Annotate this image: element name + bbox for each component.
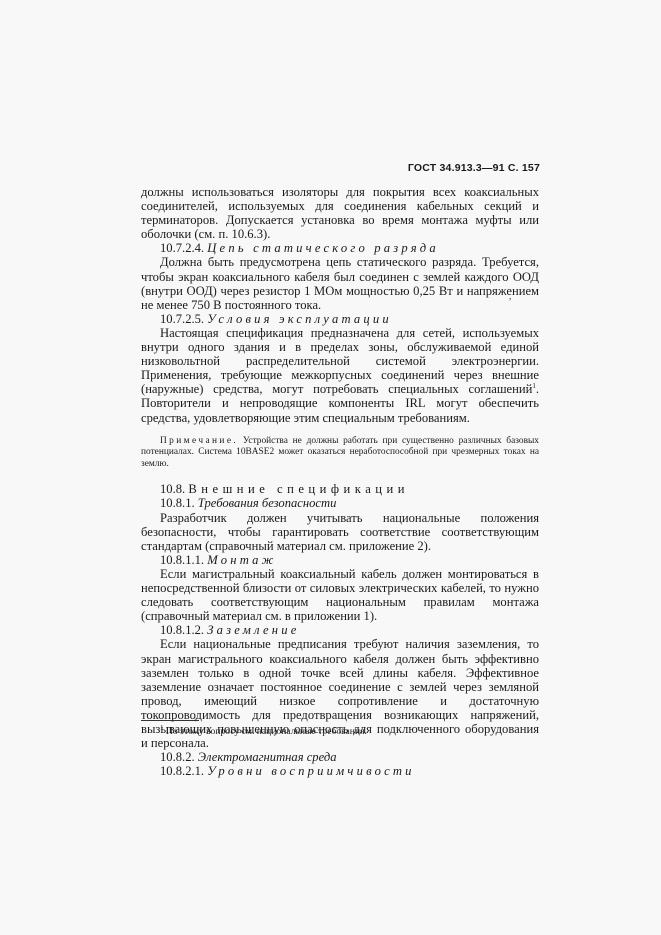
section-title: Электромагнитная среда — [198, 750, 337, 764]
footnote: 1 По этому вопросу см. национальные треб… — [160, 726, 540, 738]
section-title: Условия эксплуатации — [207, 312, 392, 326]
section-number: 10.7.2.5. — [160, 312, 204, 326]
note-label: Примечание. — [160, 436, 238, 446]
section-title: Цепь статического разряда — [207, 241, 439, 255]
paragraph-static-discharge: Должна быть предусмотрена цепь статическ… — [141, 255, 539, 311]
section-number: 10.8.1. — [160, 496, 195, 510]
paragraph-text: Настоящая спецификация предназначена для… — [141, 326, 539, 396]
running-header: ГОСТ 34.913.3—91 С. 157 — [360, 162, 540, 174]
stray-mark: , — [509, 291, 511, 301]
paragraph-operating-conditions: Настоящая спецификация предназначена для… — [141, 326, 539, 425]
paragraph-installation: Если магистральный коаксиальный кабель д… — [141, 567, 539, 623]
section-number: 10.8. — [160, 482, 185, 496]
paragraph-continuation: должны использоваться изоляторы для покр… — [141, 185, 539, 241]
section-number: 10.7.2.4. — [160, 241, 204, 255]
section-heading-10-7-2-5: 10.7.2.5. Условия эксплуатации — [141, 312, 539, 326]
section-title: Внешние спецификации — [188, 482, 409, 496]
document-body: должны использоваться изоляторы для покр… — [141, 185, 539, 778]
footnote-divider — [141, 720, 199, 721]
section-heading-10-8: 10.8. Внешние спецификации — [141, 482, 539, 496]
section-heading-10-8-1-2: 10.8.1.2. Заземление — [141, 623, 539, 637]
section-heading-10-8-2: 10.8.2. Электромагнитная среда — [141, 750, 539, 764]
section-title: Требования безопасности — [198, 496, 337, 510]
section-title: Монтаж — [207, 553, 276, 567]
section-number: 10.8.2. — [160, 750, 195, 764]
section-heading-10-8-1-1: 10.8.1.1. Монтаж — [141, 553, 539, 567]
section-number: 10.8.2.1. — [160, 764, 204, 778]
footnote-text: По этому вопросу см. национальные требов… — [164, 726, 367, 737]
section-heading-10-8-1: 10.8.1. Требования безопасности — [141, 496, 539, 510]
section-number: 10.8.1.1. — [160, 553, 204, 567]
section-heading-10-7-2-4: 10.7.2.4. Цепь статического разряда — [141, 241, 539, 255]
section-heading-10-8-2-1: 10.8.2.1. Уровни восприимчивости — [141, 764, 539, 778]
section-title: Уровни восприимчивости — [207, 764, 414, 778]
paragraph-safety: Разработчик должен учитывать национальны… — [141, 511, 539, 553]
section-number: 10.8.1.2. — [160, 623, 204, 637]
section-title: Заземление — [207, 623, 299, 637]
note: Примечание. Устройства не должны работат… — [141, 436, 539, 471]
